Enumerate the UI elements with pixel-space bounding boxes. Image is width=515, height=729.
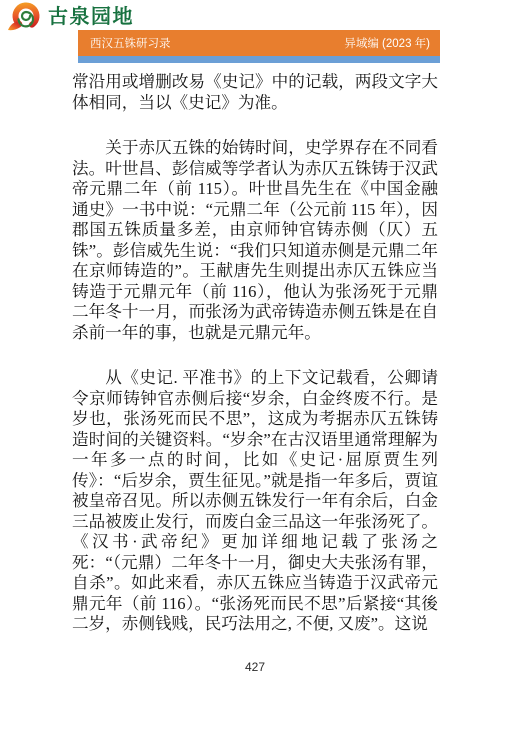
paragraph-3: 从《史记. 平准书》的上下文记载看，公卿请令京师铸钟官赤侧后接“岁余，白金终废不… [72, 368, 438, 635]
site-logo[interactable]: 古泉园地 [5, 2, 134, 32]
page-content: 常沿用或增删改易《史记》中的记载，两段文字大体相同，当以《史记》为准。 关于赤仄… [72, 72, 438, 635]
chapter-title: 西汉五铢研习录 [90, 35, 171, 51]
coin-swirl-logo-icon [5, 2, 43, 32]
book-page: 古泉园地 西汉五铢研习录 异域编 (2023 年) 常沿用或增删改易《史记》中的… [0, 0, 515, 729]
chapter-bar: 西汉五铢研习录 异域编 (2023 年) [78, 30, 440, 56]
site-logo-text: 古泉园地 [48, 2, 134, 32]
volume-label: 异域编 (2023 年) [344, 35, 430, 51]
paragraph-1: 常沿用或增删改易《史记》中的记载，两段文字大体相同，当以《史记》为准。 [72, 72, 438, 113]
paragraph-2: 关于赤仄五铢的始铸时间，史学界存在不同看法。叶世昌、彭信威等学者认为赤仄五铢铸于… [72, 138, 438, 343]
site-header: 古泉园地 [0, 0, 515, 30]
page-number: 427 [245, 660, 265, 674]
page-footer: 427 [72, 660, 438, 674]
chapter-underline [78, 56, 440, 63]
